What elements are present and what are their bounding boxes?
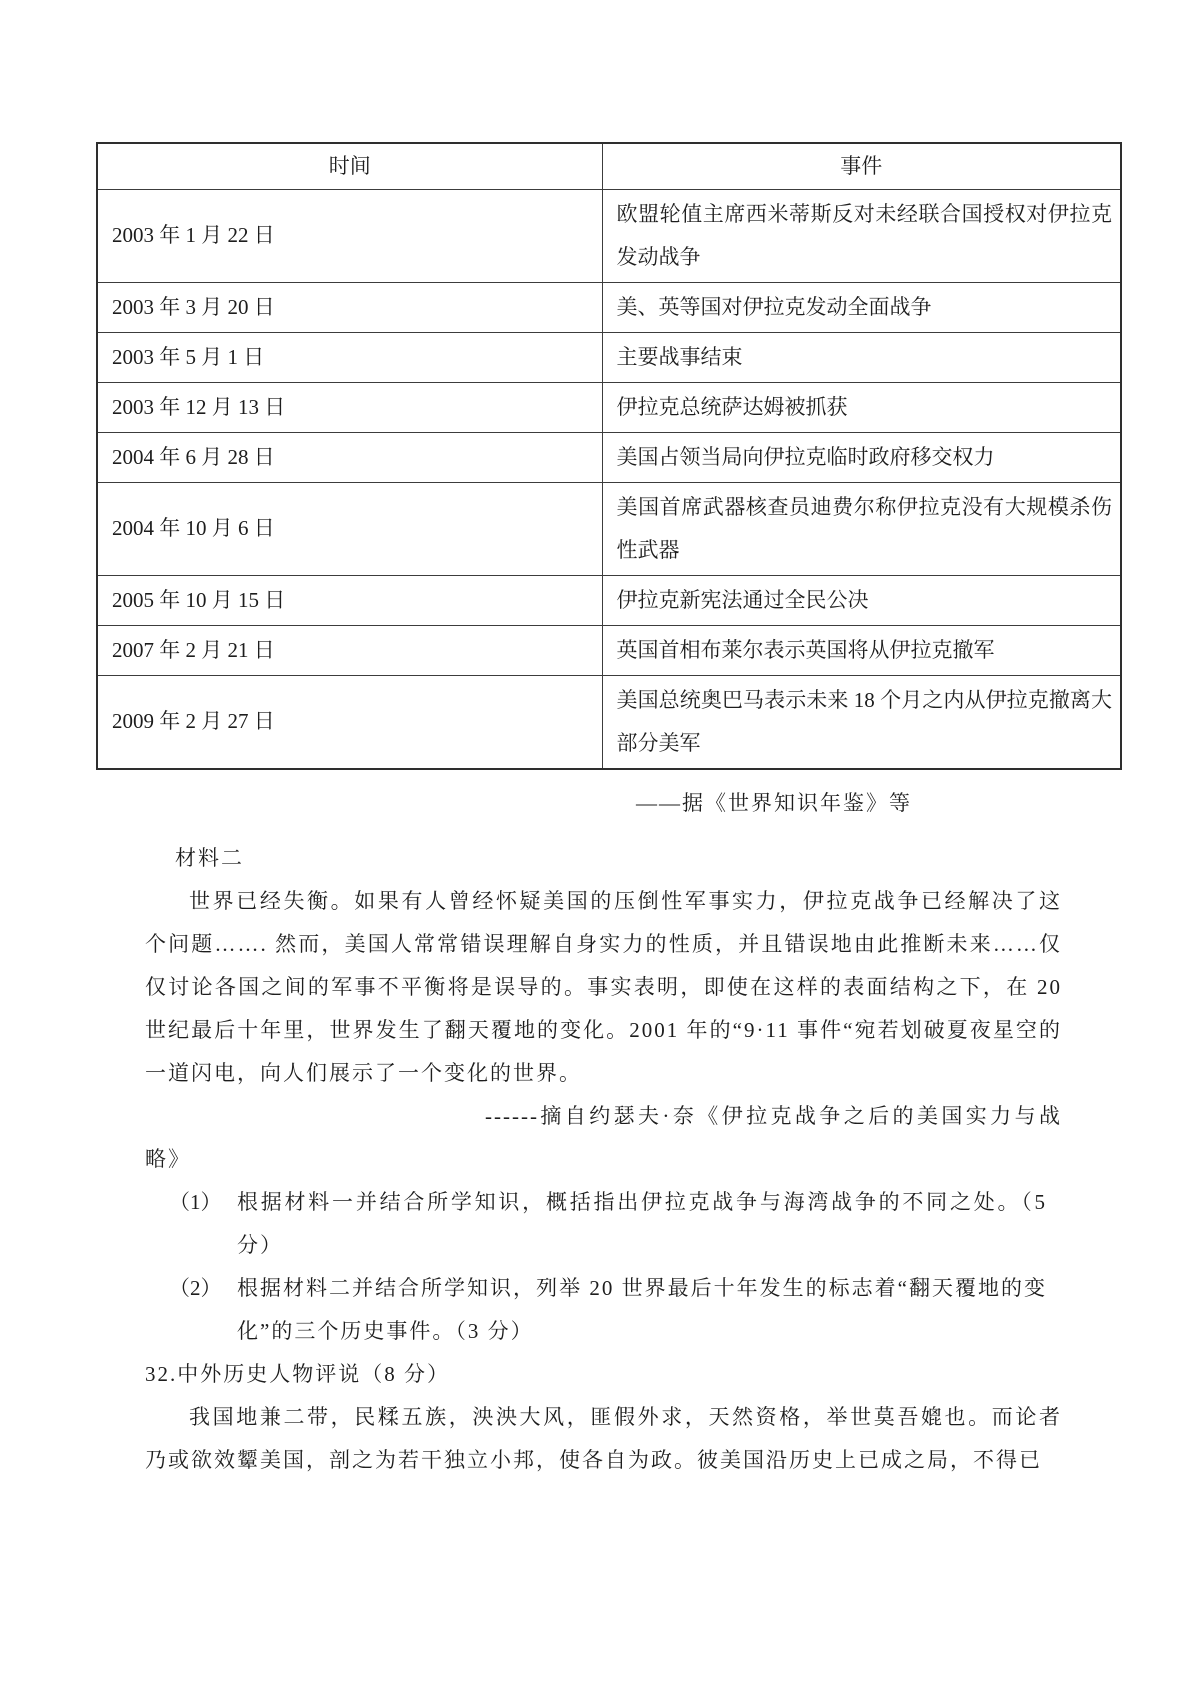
document-page: 时间 事件 2003 年 1 月 22 日 欧盟轮值主席西米蒂斯反对未经联合国授… [0, 0, 1200, 1698]
question-2-number: （2） [169, 1267, 222, 1310]
event-cell: 主要战事结束 [602, 332, 1121, 382]
date-cell: 2003 年 12 月 13 日 [97, 382, 602, 432]
table-row: 2003 年 1 月 22 日 欧盟轮值主席西米蒂斯反对未经联合国授权对伊拉克发… [97, 189, 1121, 282]
event-cell: 伊拉克新宪法通过全民公决 [602, 575, 1121, 625]
question-1-number: （1） [169, 1181, 222, 1224]
event-cell: 美国总统奥巴马表示未来 18 个月之内从伊拉克撤离大部分美军 [602, 675, 1121, 769]
event-cell: 英国首相布莱尔表示英国将从伊拉克撤军 [602, 625, 1121, 675]
event-cell: 伊拉克总统萨达姆被抓获 [602, 382, 1121, 432]
question-2-text: 根据材料二并结合所学知识，列举 20 世界最后十年发生的标志着“翻天覆地的变化”… [237, 1276, 1047, 1343]
table-row: 2003 年 5 月 1 日 主要战事结束 [97, 332, 1121, 382]
timeline-table: 时间 事件 2003 年 1 月 22 日 欧盟轮值主席西米蒂斯反对未经联合国授… [96, 142, 1122, 770]
document-body: ——据《世界知识年鉴》等 材料二 世界已经失衡。如果有人曾经怀疑美国的压倒性军事… [145, 782, 1062, 1482]
event-cell: 美国首席武器核查员迪费尔称伊拉克没有大规模杀伤性武器 [602, 482, 1121, 575]
date-cell: 2009 年 2 月 27 日 [97, 675, 602, 769]
table-row: 2007 年 2 月 21 日 英国首相布莱尔表示英国将从伊拉克撤军 [97, 625, 1121, 675]
material2-label: 材料二 [145, 837, 1062, 880]
event-cell: 欧盟轮值主席西米蒂斯反对未经联合国授权对伊拉克发动战争 [602, 189, 1121, 282]
event-cell: 美、英等国对伊拉克发动全面战争 [602, 282, 1121, 332]
column-header-time: 时间 [97, 143, 602, 189]
date-cell: 2003 年 5 月 1 日 [97, 332, 602, 382]
event-cell: 美国占领当局向伊拉克临时政府移交权力 [602, 432, 1121, 482]
table-row: 2004 年 6 月 28 日 美国占领当局向伊拉克临时政府移交权力 [97, 432, 1121, 482]
question-32-paragraph: 我国地兼二带，民糅五族，泱泱大风，匪假外求，天然资格，举世莫吾媲也。而论者乃或欲… [145, 1396, 1062, 1482]
table-row: 2009 年 2 月 27 日 美国总统奥巴马表示未来 18 个月之内从伊拉克撤… [97, 675, 1121, 769]
question-2: （2） 根据材料二并结合所学知识，列举 20 世界最后十年发生的标志着“翻天覆地… [145, 1267, 1047, 1353]
table-header-row: 时间 事件 [97, 143, 1121, 189]
date-cell: 2003 年 1 月 22 日 [97, 189, 602, 282]
date-cell: 2003 年 3 月 20 日 [97, 282, 602, 332]
date-cell: 2005 年 10 月 15 日 [97, 575, 602, 625]
table-row: 2003 年 3 月 20 日 美、英等国对伊拉克发动全面战争 [97, 282, 1121, 332]
table-source-note: ——据《世界知识年鉴》等 [145, 782, 1062, 825]
table-row: 2003 年 12 月 13 日 伊拉克总统萨达姆被抓获 [97, 382, 1121, 432]
column-header-event: 事件 [602, 143, 1121, 189]
date-cell: 2007 年 2 月 21 日 [97, 625, 602, 675]
table-row: 2005 年 10 月 15 日 伊拉克新宪法通过全民公决 [97, 575, 1121, 625]
question-1: （1） 根据材料一并结合所学知识，概括指出伊拉克战争与海湾战争的不同之处。（5 … [145, 1181, 1047, 1267]
question-1-text: 根据材料一并结合所学知识，概括指出伊拉克战争与海湾战争的不同之处。（5 分） [237, 1190, 1047, 1257]
table-row: 2004 年 10 月 6 日 美国首席武器核查员迪费尔称伊拉克没有大规模杀伤性… [97, 482, 1121, 575]
material2-attribution: ------摘自约瑟夫·奈《伊拉克战争之后的美国实力与战略》 [145, 1095, 1062, 1181]
date-cell: 2004 年 6 月 28 日 [97, 432, 602, 482]
date-cell: 2004 年 10 月 6 日 [97, 482, 602, 575]
material2-paragraph: 世界已经失衡。如果有人曾经怀疑美国的压倒性军事实力，伊拉克战争已经解决了这个问题… [145, 880, 1062, 1095]
question-32-heading: 32.中外历史人物评说（8 分） [145, 1353, 1062, 1396]
